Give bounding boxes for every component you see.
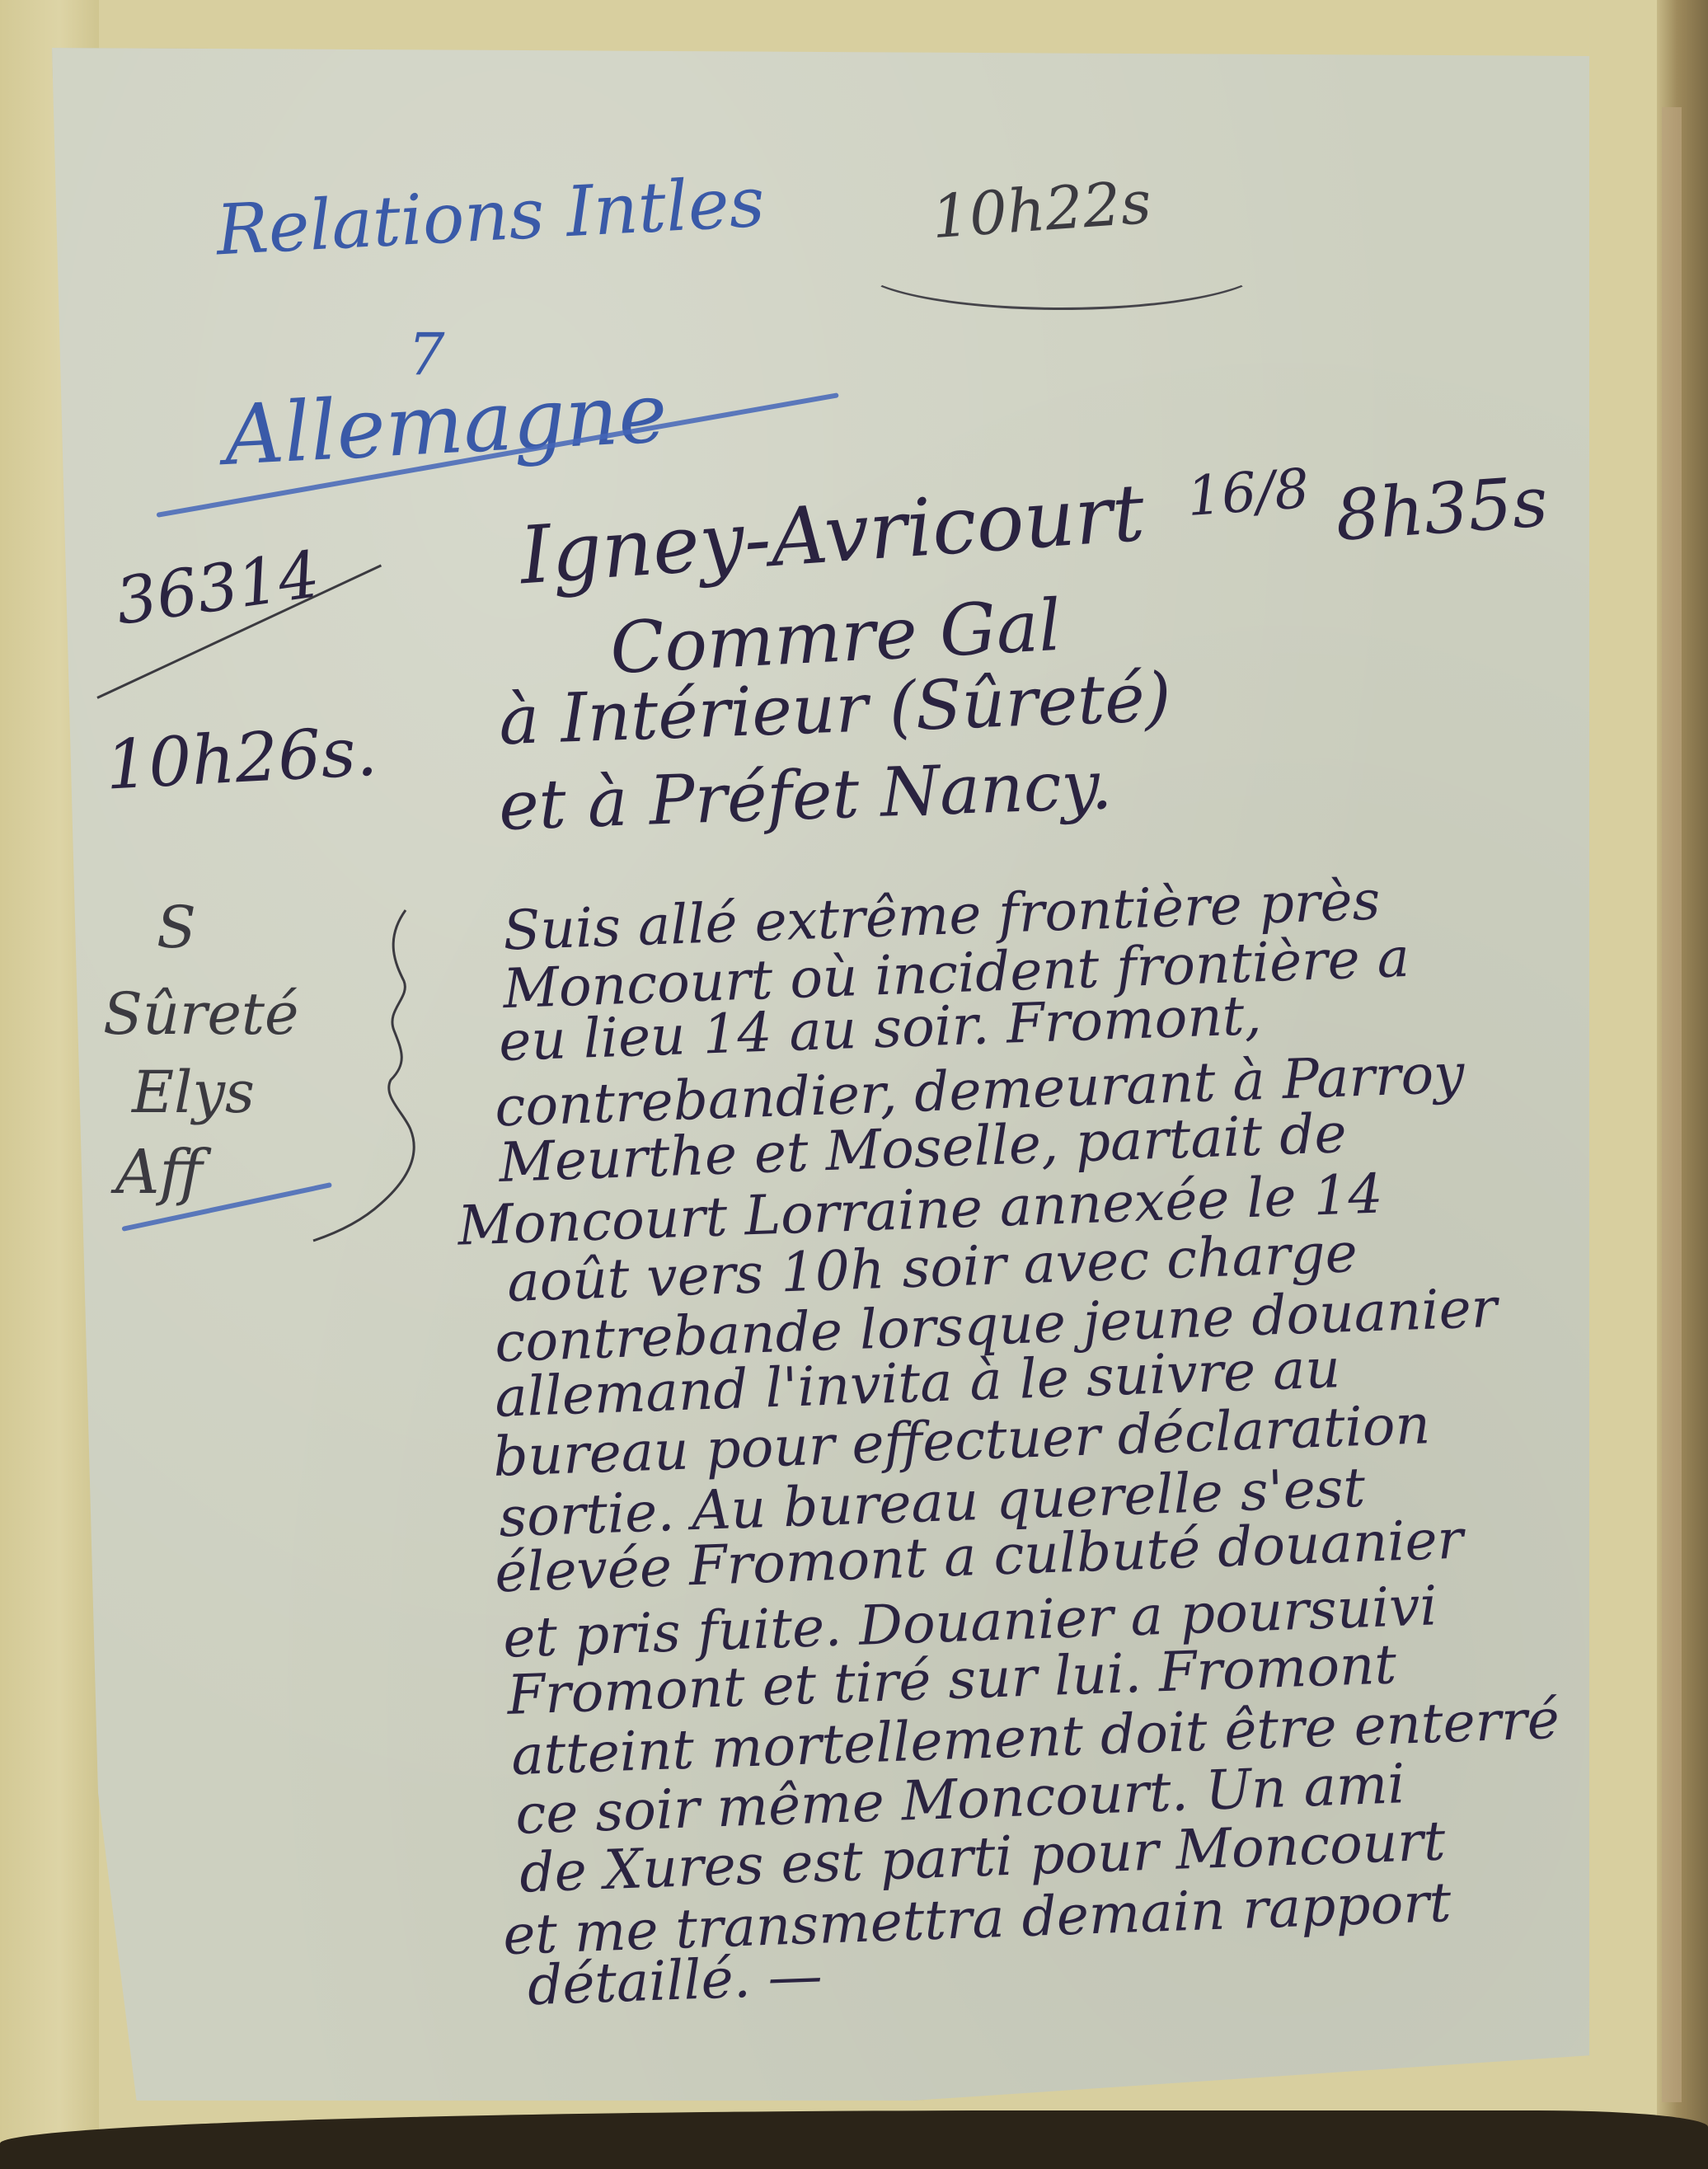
header-date: 16/8 (1185, 462, 1311, 524)
annotation-mark-7: 7 (408, 326, 445, 383)
reference-time: 10h26s. (104, 718, 378, 800)
header-recipient-2: et à Préfet Nancy. (498, 752, 1114, 841)
folder-strip (1662, 107, 1682, 2102)
curly-bracket-icon (305, 907, 437, 1245)
bottom-shadow (0, 2110, 1708, 2169)
margin-item-aff: Aff (115, 1142, 203, 1203)
time-underline-arc (857, 223, 1266, 310)
margin-item-elys: Elys (132, 1063, 255, 1121)
margin-item-surete: Sûreté (103, 985, 298, 1043)
body-line: détaillé. — (527, 1949, 823, 2013)
header-time: 8h35s (1333, 467, 1550, 551)
margin-item-s: S (157, 899, 196, 956)
